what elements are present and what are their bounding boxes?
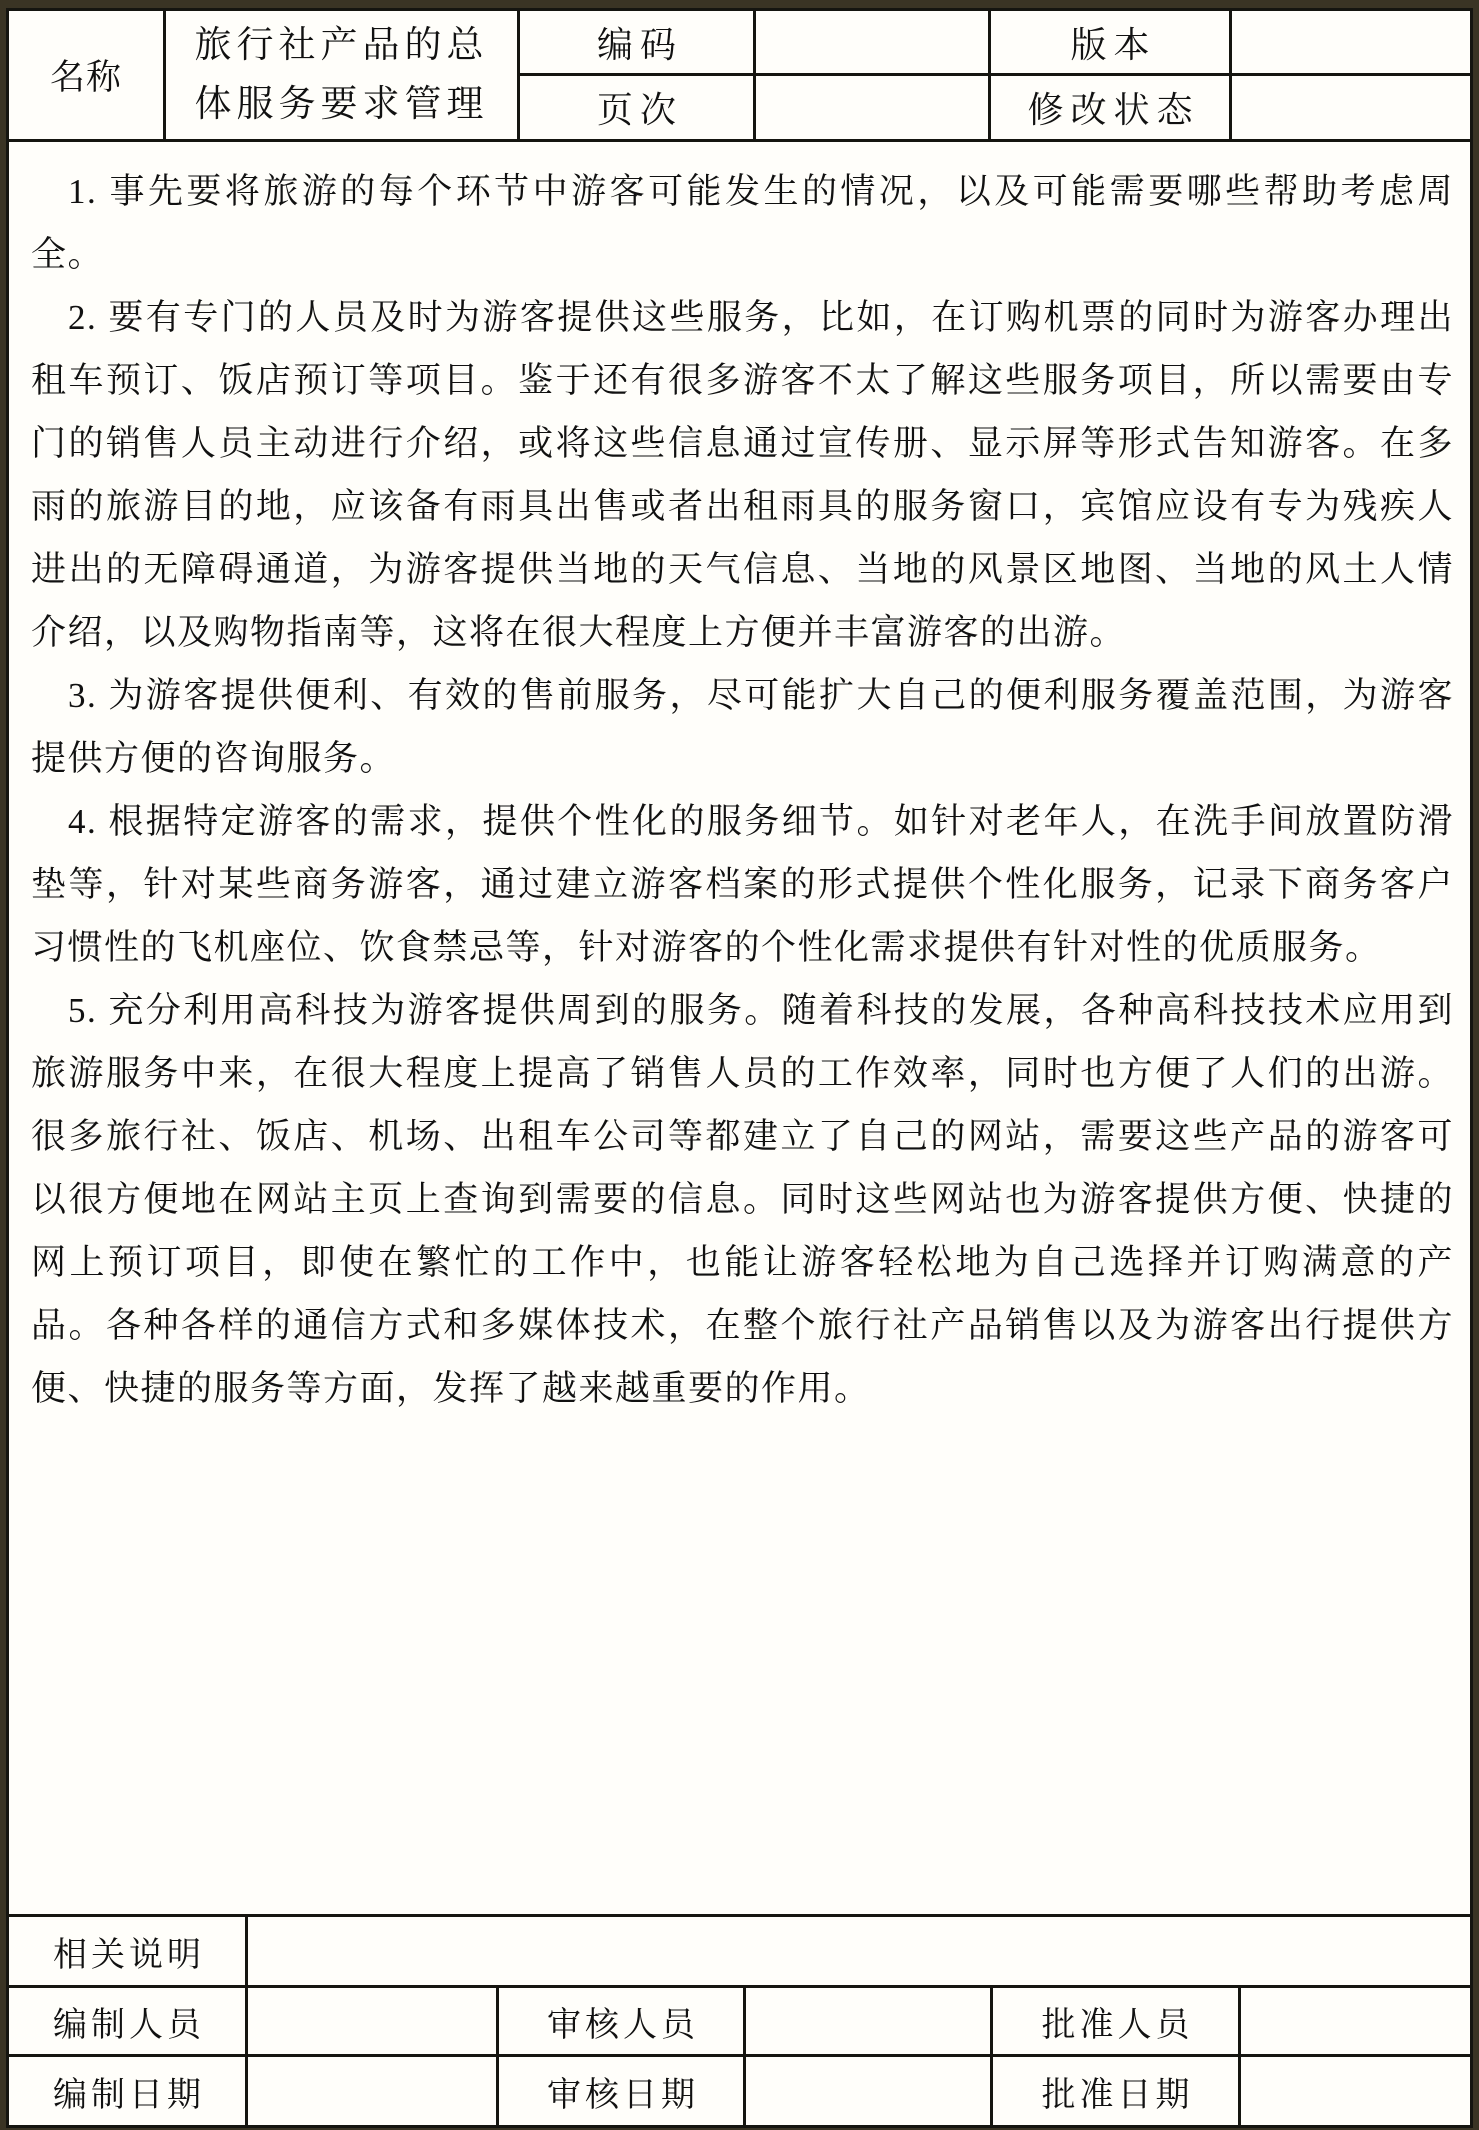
reviewed-by-label: 审核人员 [499, 1988, 743, 2054]
reviewed-date-label: 审核日期 [499, 2057, 743, 2125]
body-paragraph-2: 2. 要有专门的人员及时为游客提供这些服务，比如，在订购机票的同时为游客办理出租… [31, 286, 1454, 664]
code-value [756, 11, 988, 73]
body-paragraph-3: 3. 为游客提供便利、有效的售前服务，尽可能扩大自己的便利服务覆盖范围，为游客提… [31, 664, 1454, 790]
footer-table: 相关说明 编制人员 审核人员 批准人员 编制日期 审核日期 批准日期 [6, 1914, 1473, 2128]
approved-date-label: 批准日期 [993, 2057, 1238, 2125]
page-number-value [756, 76, 988, 139]
prepared-by-value [248, 1988, 496, 2054]
revision-status-label: 修改状态 [991, 76, 1229, 139]
header-table: 名称 旅行社产品的总体服务要求管理 编码 版本 页次 修改状态 [6, 8, 1473, 142]
version-value [1232, 11, 1470, 73]
version-label: 版本 [991, 11, 1229, 73]
reviewed-by-value [746, 1988, 990, 2054]
body-paragraph-4: 4. 根据特定游客的需求，提供个性化的服务细节。如针对老年人，在洗手间放置防滑垫… [31, 790, 1454, 979]
code-label: 编码 [520, 11, 753, 73]
body-paragraph-1: 1. 事先要将旅游的每个环节中游客可能发生的情况，以及可能需要哪些帮助考虑周全。 [31, 160, 1454, 286]
revision-status-value [1232, 76, 1470, 139]
prepared-date-label: 编制日期 [9, 2057, 245, 2125]
doc-title: 旅行社产品的总体服务要求管理 [186, 16, 498, 134]
related-notes-value [248, 1917, 1470, 1985]
body-paragraph-5: 5. 充分利用高科技为游客提供周到的服务。随着科技的发展，各种高科技技术应用到旅… [31, 979, 1454, 1420]
reviewed-date-value [746, 2057, 990, 2125]
approved-by-label: 批准人员 [993, 1988, 1238, 2054]
related-notes-label: 相关说明 [9, 1917, 245, 1985]
paper: 名称 旅行社产品的总体服务要求管理 编码 版本 页次 修改状态 1. 事先要将旅… [6, 8, 1473, 2128]
approved-date-value [1241, 2057, 1470, 2125]
document-body: 1. 事先要将旅游的每个环节中游客可能发生的情况，以及可能需要哪些帮助考虑周全。… [6, 142, 1473, 1914]
prepared-by-label: 编制人员 [9, 1988, 245, 2054]
page-number-label: 页次 [520, 76, 753, 139]
doc-title-cell: 旅行社产品的总体服务要求管理 [166, 11, 517, 139]
prepared-date-value [248, 2057, 496, 2125]
document-page: 名称 旅行社产品的总体服务要求管理 编码 版本 页次 修改状态 1. 事先要将旅… [0, 0, 1479, 2130]
name-label: 名称 [9, 11, 163, 139]
approved-by-value [1241, 1988, 1470, 2054]
